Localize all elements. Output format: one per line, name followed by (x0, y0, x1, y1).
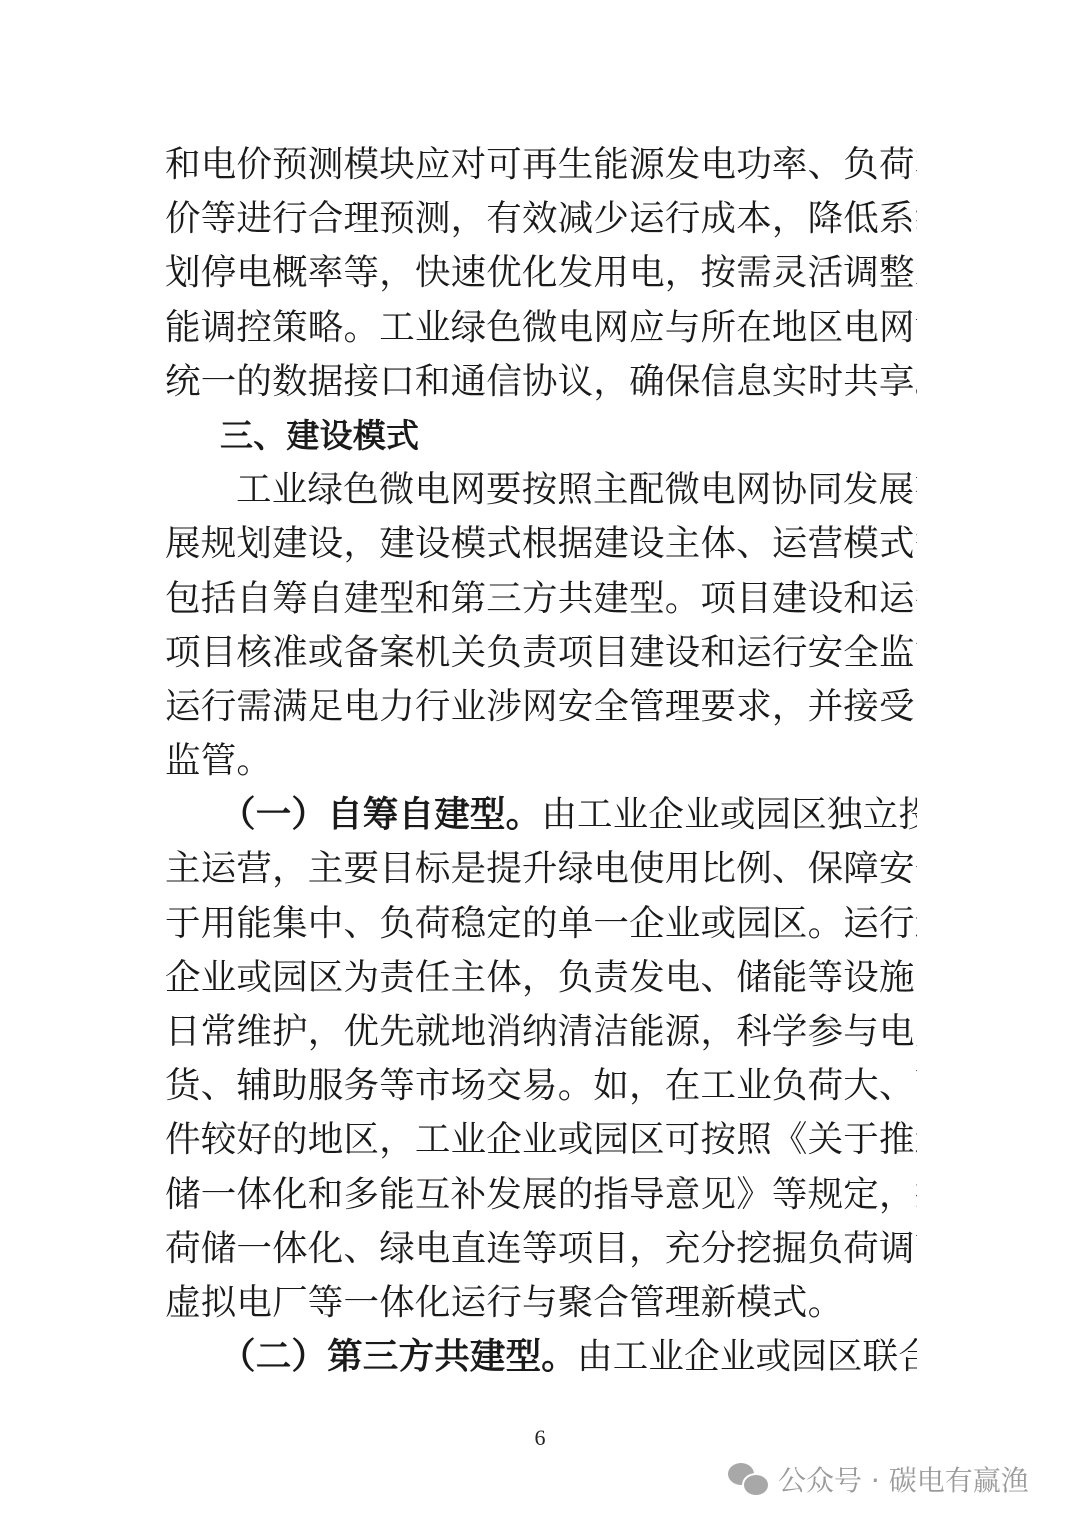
text-line: 荷储一体化、绿电直连等项目，充分挖掘负荷调节能力，探索 (165, 1222, 917, 1276)
page-number: 6 (0, 1425, 1080, 1451)
text-line: 包括自筹自建型和第三方共建型。项目建设和运行过程中，由 (165, 572, 917, 626)
watermark: 公众号 · 碳电有赢渔 (726, 1459, 1029, 1499)
text-line: 统一的数据接口和通信协议，确保信息实时共享。 (165, 355, 917, 409)
text-line: 监管。 (165, 734, 917, 788)
subsection-2-text: 由工业企业或园区联合具备资质的 (577, 1336, 917, 1377)
text-line: 价等进行合理预测，有效减少运行成本，降低系统网损、非计 (165, 192, 917, 246)
section-heading: 三、建设模式 (165, 409, 917, 463)
subsection-1-text: 由工业企业或园区独立投资建设并自 (541, 794, 917, 835)
text-line: 工业绿色微电网要按照主配微电网协同发展有关要求开 (165, 463, 917, 517)
text-line: 能调控策略。工业绿色微电网应与所在地区电网调度平台建立 (165, 301, 917, 355)
text-line: 展规划建设，建设模式根据建设主体、运营模式等情况，主要 (165, 517, 917, 571)
text-line: 划停电概率等，快速优化发用电，按需灵活调整工业生产和用 (165, 246, 917, 300)
text-line: 主运营，主要目标是提升绿电使用比例、保障安全用电，适用 (165, 842, 917, 896)
text-line: 于用能集中、负荷稳定的单一企业或园区。运行过程中，工业 (165, 897, 917, 951)
text-line: 企业或园区为责任主体，负责发电、储能等设施的运行调控及 (165, 951, 917, 1005)
text-line: 虚拟电厂等一体化运行与聚合管理新模式。 (165, 1276, 917, 1330)
text-line: 件较好的地区，工业企业或园区可按照《关于推进电力源网荷 (165, 1113, 917, 1167)
wechat-icon (726, 1459, 770, 1499)
text-line: 和电价预测模块应对可再生能源发电功率、负荷功率、市场电 (165, 138, 917, 192)
document-body: 和电价预测模块应对可再生能源发电功率、负荷功率、市场电 价等进行合理预测，有效减… (165, 138, 917, 1384)
text-line: 运行需满足电力行业涉网安全管理要求，并接受电力监管机构 (165, 680, 917, 734)
subsection-2-first-line: （二）第三方共建型。由工业企业或园区联合具备资质的 (165, 1330, 917, 1384)
text-line: 货、辅助服务等市场交易。如，在工业负荷大、可再生能源条 (165, 1059, 917, 1113)
subsection-2-title: （二）第三方共建型。 (220, 1336, 577, 1377)
subsection-1-first-line: （一）自筹自建型。由工业企业或园区独立投资建设并自 (165, 788, 917, 842)
subsection-1-title: （一）自筹自建型。 (220, 794, 541, 835)
text-line: 项目核准或备案机关负责项目建设和运行安全监管，项目涉网 (165, 626, 917, 680)
text-line: 储一体化和多能互补发展的指导意见》等规定，探索建设源网 (165, 1168, 917, 1222)
document-page: 和电价预测模块应对可再生能源发电功率、负荷功率、市场电 价等进行合理预测，有效减… (0, 0, 1080, 1527)
text-line: 日常维护，优先就地消纳清洁能源，科学参与电力中长期、现 (165, 1005, 917, 1059)
watermark-text: 公众号 · 碳电有赢渔 (778, 1459, 1029, 1499)
